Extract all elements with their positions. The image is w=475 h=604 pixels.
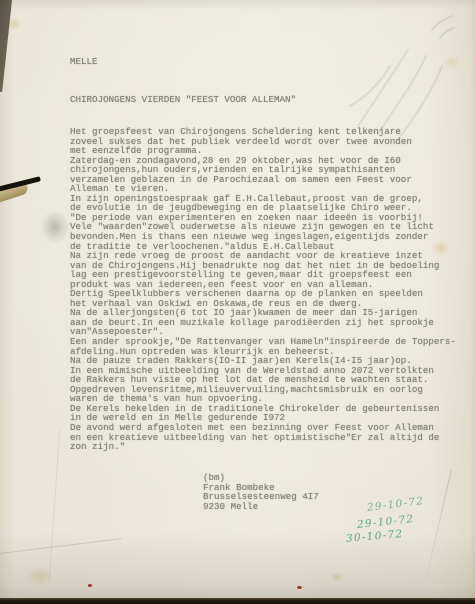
signature-block: (bm) Frank Bombeke Brusselsesteenweg 4I7… (203, 473, 319, 511)
article-title: CHIROJONGENS VIERDEN "FEEST VOOR ALLEMAN… (70, 95, 296, 105)
ink-smudge (40, 210, 70, 244)
scanned-document: MELLE CHIROJONGENS VIERDEN "FEEST VOOR A… (0, 0, 475, 604)
location-header: MELLE (70, 57, 98, 67)
scan-edge (0, 598, 475, 604)
article-body: Het groepsfeest van Chirojongens Schelde… (70, 127, 456, 452)
rust-spot (88, 584, 92, 587)
